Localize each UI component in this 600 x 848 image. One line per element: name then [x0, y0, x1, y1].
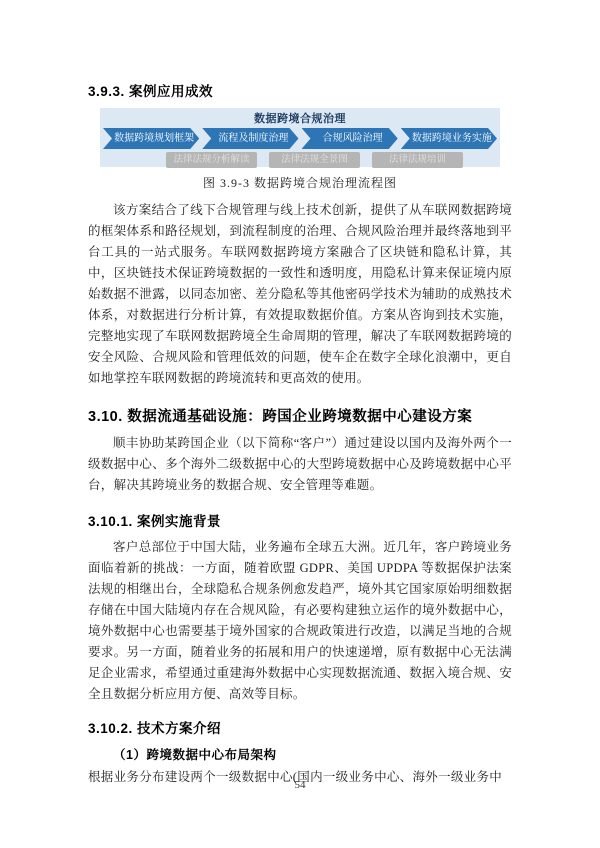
compliance-flow-diagram: 数据跨境合规治理 数据跨境规划框架 流程及制度治理 合规风险治理 数据跨境业务实…: [100, 108, 500, 167]
flow-step-arrow-3: 合规风险治理: [302, 128, 398, 149]
heading-3-9-3: 3.9.3. 案例应用成效: [88, 80, 512, 100]
flow-step-arrow-4: 数据跨境业务实施: [401, 128, 497, 149]
flow-sub-box-3: 法律法规培训: [372, 152, 463, 168]
page-number: 54: [0, 779, 600, 791]
heading-3-10-2: 3.10.2. 技术方案介绍: [88, 717, 512, 737]
flow-sub-box-2: 法律法规全景图: [269, 152, 360, 168]
heading-sub-1: （1）跨境数据中心布局架构: [88, 745, 512, 763]
flow-sub-row: 法律法规分析解读 法律法规全景图 法律法规培训: [100, 152, 500, 168]
paragraph-case-effect: 该方案结合了线下合规管理与线上技术创新，提供了从车联网数据跨境的框架体系和路径规…: [88, 200, 512, 389]
diagram-title: 数据跨境合规治理: [100, 112, 500, 126]
heading-3-10: 3.10. 数据流通基础设施：跨国企业跨境数据中心建设方案: [88, 405, 512, 426]
flow-sub-box-1: 法律法规分析解读: [166, 152, 257, 168]
paragraph-3-10-intro: 顺丰协助某跨国企业（以下简称“客户”）通过建设以国内及海外两个一级数据中心、多个…: [88, 433, 512, 496]
flow-step-arrow-2: 流程及制度治理: [202, 128, 298, 149]
heading-3-10-1: 3.10.1. 案例实施背景: [88, 510, 512, 530]
figure-caption: 图 3.9-3 数据跨境合规治理流程图: [88, 174, 512, 191]
paragraph-background: 客户总部位于中国大陆，业务遍布全球五大洲。近几年，客户跨境业务面临着新的挑战：一…: [88, 537, 512, 705]
document-page: 3.9.3. 案例应用成效 数据跨境合规治理 数据跨境规划框架 流程及制度治理 …: [0, 0, 600, 848]
flow-step-arrow-1: 数据跨境规划框架: [103, 128, 199, 149]
flow-step-row: 数据跨境规划框架 流程及制度治理 合规风险治理 数据跨境业务实施: [100, 128, 500, 149]
